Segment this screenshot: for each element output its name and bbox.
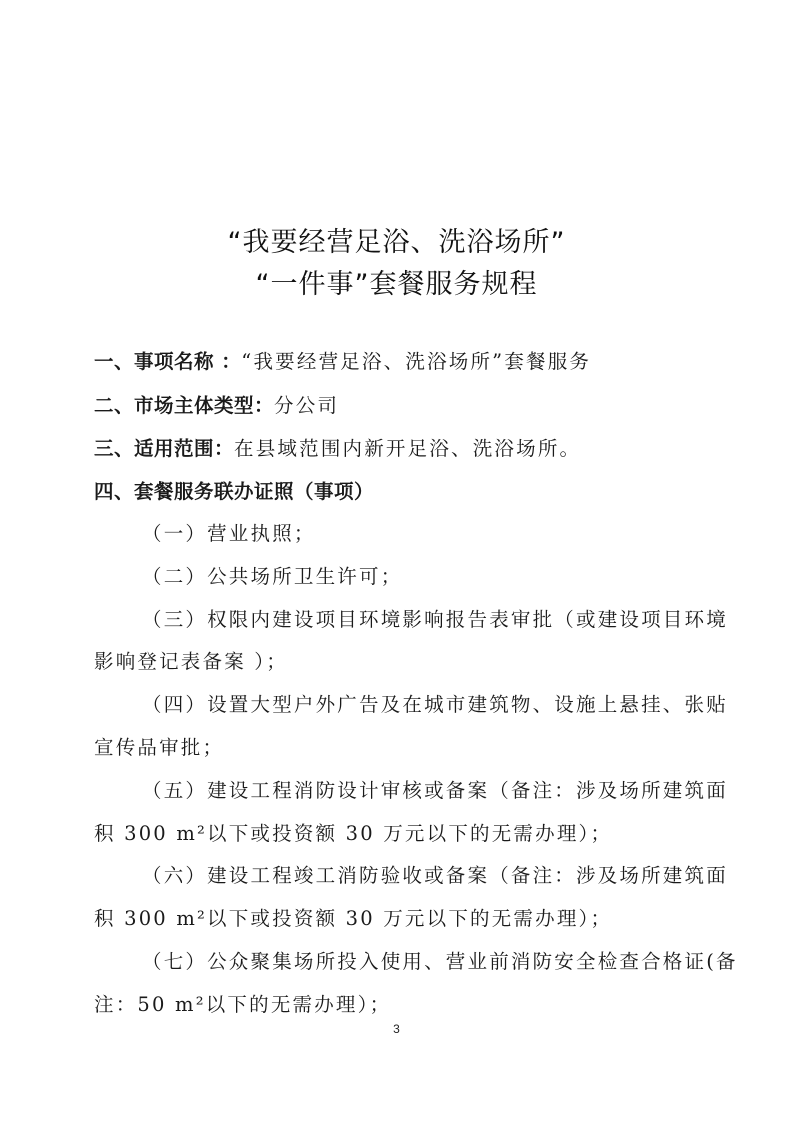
- list-item-4-cont: 宣传品审批；: [94, 732, 706, 760]
- list-item-7: （七）公众聚集场所投入使用、营业前消防安全检查合格证(备: [142, 946, 706, 974]
- section-text: 分公司: [274, 394, 339, 417]
- section-item-name: 一、事项名称 ：“我要经营足浴、洗浴场所”套餐服务: [94, 346, 706, 374]
- section-text: 在县域范围内新开足浴、洗浴场所。: [234, 437, 581, 460]
- section-text: “我要经营足浴、洗浴场所”套餐服务: [241, 350, 591, 373]
- list-item-6-cont: 积 300 m²以下或投资额 30 万元以下的无需办理）；: [94, 903, 706, 931]
- list-item-3-cont: 影响登记表备案 ）；: [94, 646, 706, 674]
- list-item-5-cont: 积 300 m²以下或投资额 30 万元以下的无需办理）；: [94, 818, 706, 846]
- list-item-2: （二）公共场所卫生许可；: [142, 561, 706, 589]
- list-item-1: （一）营业执照；: [142, 518, 706, 546]
- section-heading: 二、市场主体类型：: [94, 394, 274, 417]
- section-scope: 三、适用范围：在县域范围内新开足浴、洗浴场所。: [94, 433, 706, 461]
- document-page: “我要经营足浴、洗浴场所” “一件事”套餐服务规程 一、事项名称 ：“我要经营足…: [0, 0, 793, 1122]
- list-item-3: （三）权限内建设项目环境影响报告表审批（或建设项目环境: [142, 604, 706, 632]
- section-joint-licenses: 四、套餐服务联办证照（事项）: [94, 476, 706, 504]
- section-entity-type: 二、市场主体类型：分公司: [94, 390, 706, 418]
- title-line-2: “一件事”套餐服务规程: [0, 262, 793, 301]
- list-item-4: （四）设置大型户外广告及在城市建筑物、设施上悬挂、张贴: [142, 689, 706, 717]
- title-line-1: “我要经营足浴、洗浴场所”: [0, 220, 793, 259]
- list-item-5: （五）建设工程消防设计审核或备案（备注：涉及场所建筑面: [142, 775, 706, 803]
- list-item-6: （六）建设工程竣工消防验收或备案（备注：涉及场所建筑面: [142, 860, 706, 888]
- section-heading: 一、事项名称 ：: [94, 350, 241, 373]
- section-heading: 四、套餐服务联办证照（事项）: [94, 480, 374, 503]
- section-heading: 三、适用范围：: [94, 437, 234, 460]
- page-number: 3: [0, 1022, 793, 1036]
- list-item-7-cont: 注：50 m²以下的无需办理）；: [94, 989, 706, 1017]
